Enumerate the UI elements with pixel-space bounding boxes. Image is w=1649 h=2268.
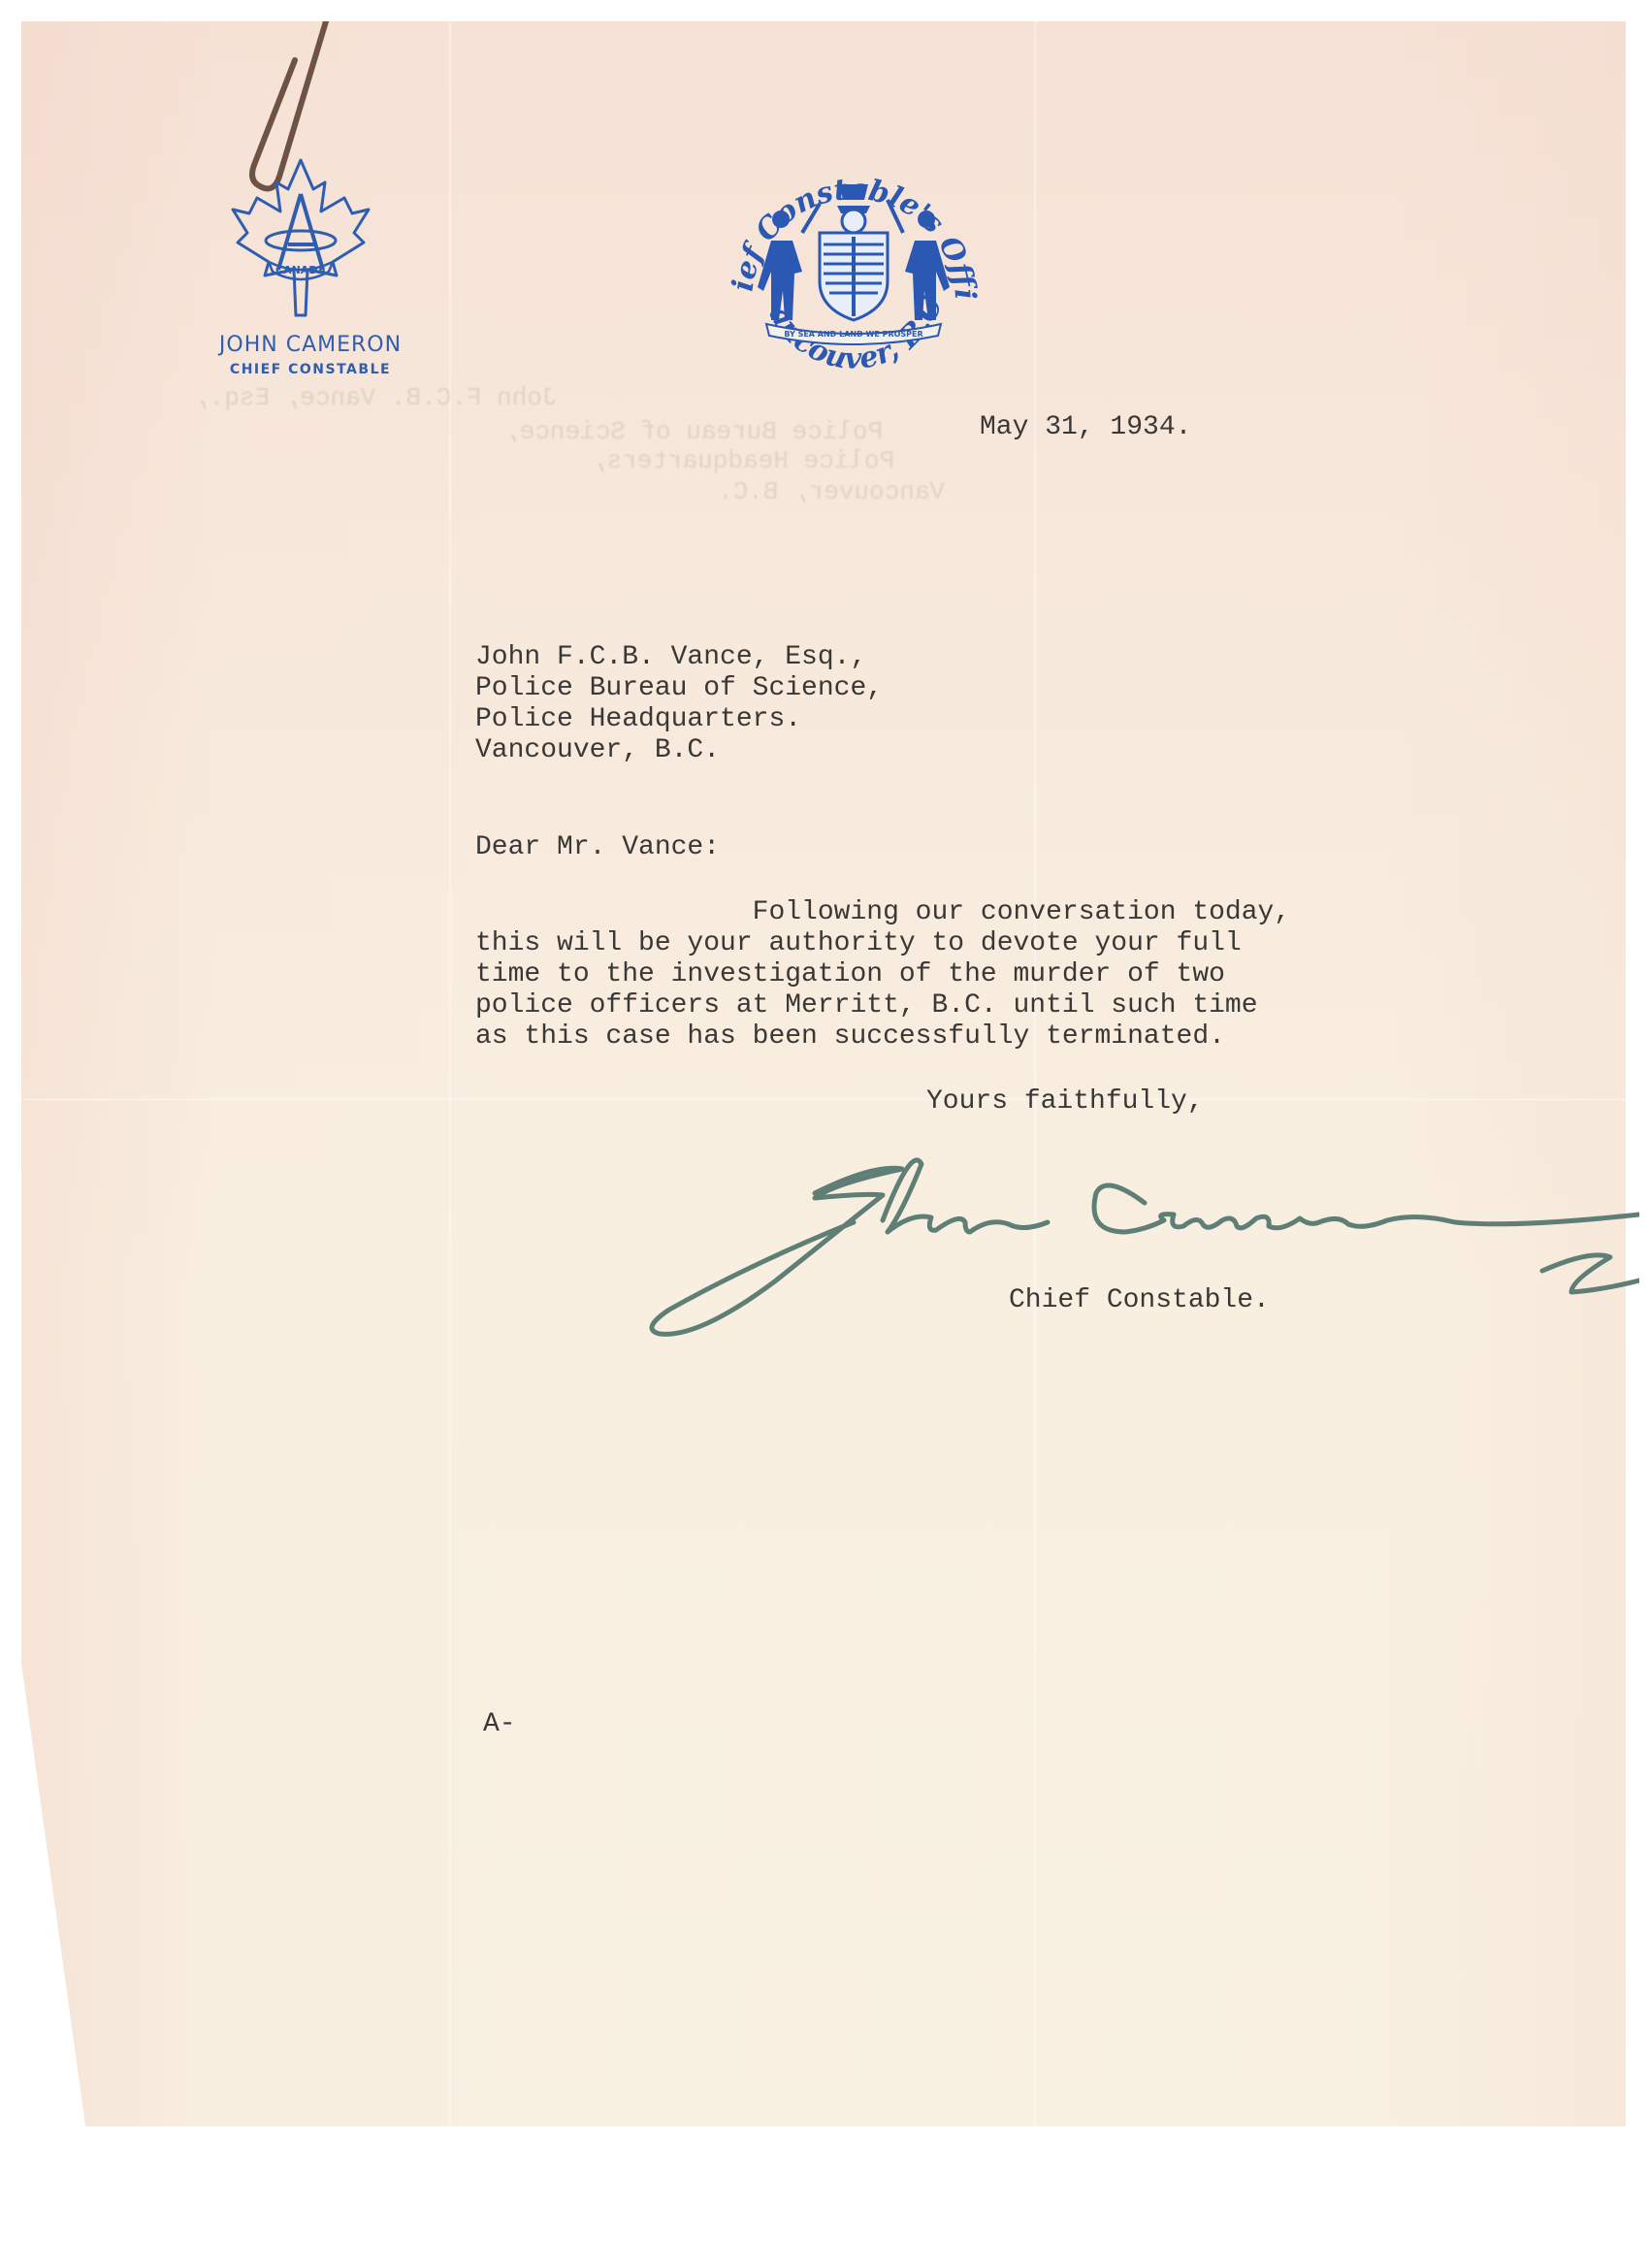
paper-fold-line <box>1033 21 1037 2126</box>
chief-constables-office-seal-icon: Chief Constable's Office Vancouver, B.C.… <box>713 136 994 398</box>
body-line: this will be your authority to devote yo… <box>475 928 1242 959</box>
body-line: Following our conversation today, <box>475 897 1290 928</box>
closing: Yours faithfully, <box>926 1086 1204 1118</box>
offset-ghost-text: Police Headquarters, <box>592 446 894 475</box>
recipient-line: Police Bureau of Science, <box>475 673 883 704</box>
body-line: time to the investigation of the murder … <box>475 959 1225 990</box>
seal-motto: BY SEA AND LAND WE PROSPER <box>784 330 922 339</box>
offset-ghost-text: Police Bureau of Science, <box>504 417 883 446</box>
reference-initials: A- <box>483 1709 516 1740</box>
signer-title: Chief Constable. <box>1009 1285 1270 1316</box>
paper-fold-line <box>21 1098 1626 1101</box>
salutation: Dear Mr. Vance: <box>475 832 720 863</box>
offset-ghost-text: Vancouver, B.C. <box>718 477 945 506</box>
letter-date: May 31, 1934. <box>980 412 1191 443</box>
offset-ghost-text: John F.C.B. Vance, Esq., <box>194 383 557 412</box>
maple-leaf-logo-icon: CANADA <box>228 155 373 320</box>
letterhead-name: JOHN CAMERON <box>184 333 436 357</box>
letterhead-title: CHIEF CONSTABLE <box>184 362 436 377</box>
paper-fold-line <box>448 21 452 2126</box>
leaf-banner-text: CANADA <box>275 264 326 276</box>
body-line: police officers at Merritt, B.C. until s… <box>475 990 1258 1021</box>
body-line: as this case has been successfully termi… <box>475 1021 1225 1053</box>
recipient-line: Vancouver, B.C. <box>475 735 720 766</box>
recipient-line: Police Headquarters. <box>475 704 801 735</box>
recipient-line: John F.C.B. Vance, Esq., <box>475 642 866 673</box>
